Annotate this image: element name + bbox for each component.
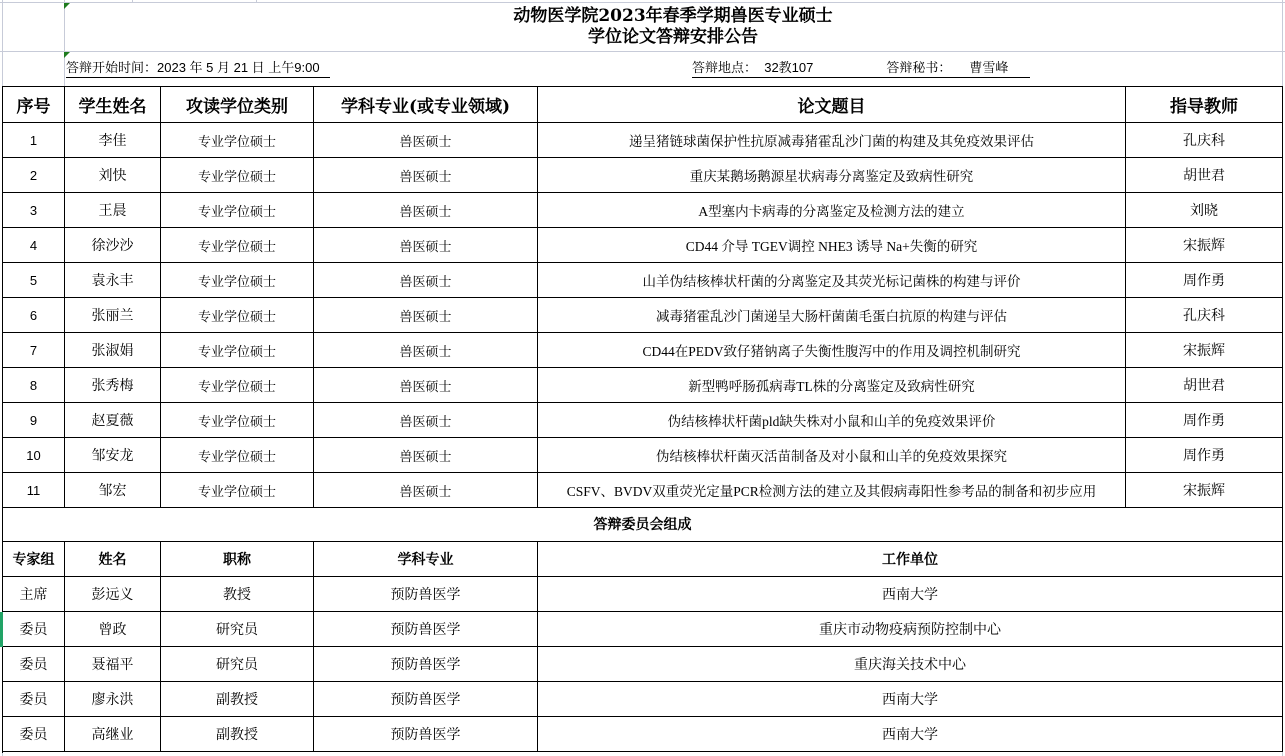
start-time-text: 答辩开始时间：2023 年 5 月 21 日 上午9:00: [66, 57, 330, 78]
cell-work-unit[interactable]: 西南大学: [538, 717, 1283, 752]
cell-degree-type[interactable]: 专业学位硕士: [161, 123, 314, 158]
cell-role[interactable]: 委员: [3, 612, 65, 647]
cell-degree-type[interactable]: 专业学位硕士: [161, 473, 314, 508]
cell-no[interactable]: 11: [3, 473, 65, 508]
cell-member-major[interactable]: 预防兽医学: [314, 612, 538, 647]
cell-no[interactable]: 4: [3, 228, 65, 263]
cell-member-name[interactable]: 彭远义: [65, 577, 161, 612]
cell-student-name[interactable]: 王晨: [65, 193, 161, 228]
student-table: 序号 学生姓名 攻读学位类别 学科专业(或专业领域) 论文题目 指导教师 1李佳…: [2, 86, 1283, 508]
cell-work-unit[interactable]: 西南大学: [538, 682, 1283, 717]
cell-student-name[interactable]: 袁永丰: [65, 263, 161, 298]
cell-member-name[interactable]: 高继业: [65, 717, 161, 752]
cell-role[interactable]: 委员: [3, 647, 65, 682]
cell-thesis-topic[interactable]: 减毒猪霍乱沙门菌递呈大肠杆菌菌毛蛋白抗原的构建与评估: [538, 298, 1126, 333]
cell-rank[interactable]: 教授: [161, 577, 314, 612]
cell-rank[interactable]: 副教授: [161, 717, 314, 752]
cell-member-name[interactable]: 聂福平: [65, 647, 161, 682]
cell-thesis-topic[interactable]: CSFV、BVDV双重荧光定量PCR检测方法的建立及其假病毒阳性参考品的制备和初…: [538, 473, 1126, 508]
header-thesis-topic[interactable]: 论文题目: [538, 87, 1126, 123]
cell-major[interactable]: 兽医硕士: [314, 123, 538, 158]
committee-header-rank[interactable]: 职称: [161, 542, 314, 577]
header-degree-type[interactable]: 攻读学位类别: [161, 87, 314, 123]
cell-thesis-topic[interactable]: 伪结核棒状杆菌pld缺失株对小鼠和山羊的免疫效果评价: [538, 403, 1126, 438]
cell-major[interactable]: 兽医硕士: [314, 263, 538, 298]
cell-student-name[interactable]: 赵夏薇: [65, 403, 161, 438]
cell-thesis-topic[interactable]: 重庆某鹅场鹅源星状病毒分离鉴定及致病性研究: [538, 158, 1126, 193]
cell-degree-type[interactable]: 专业学位硕士: [161, 263, 314, 298]
committee-table: 答辩委员会组成 专家组 姓名 职称 学科专业 工作单位 主席彭远义教授预防兽医学…: [2, 507, 1283, 753]
cell-thesis-topic[interactable]: CD44 介导 TGEV调控 NHE3 诱导 Na+失衡的研究: [538, 228, 1126, 263]
cell-major[interactable]: 兽医硕士: [314, 228, 538, 263]
cell-no[interactable]: 8: [3, 368, 65, 403]
cell-no[interactable]: 6: [3, 298, 65, 333]
cell-advisor[interactable]: 周作勇: [1126, 263, 1283, 298]
cell-no[interactable]: 1: [3, 123, 65, 158]
committee-header-unit[interactable]: 工作单位: [538, 542, 1283, 577]
cell-major[interactable]: 兽医硕士: [314, 473, 538, 508]
header-advisor[interactable]: 指导教师: [1126, 87, 1283, 123]
cell-no[interactable]: 5: [3, 263, 65, 298]
cell-major[interactable]: 兽医硕士: [314, 403, 538, 438]
cell-no[interactable]: 10: [3, 438, 65, 473]
cell-no[interactable]: 9: [3, 403, 65, 438]
cell-no[interactable]: 2: [3, 158, 65, 193]
cell-advisor[interactable]: 刘晓: [1126, 193, 1283, 228]
cell-work-unit[interactable]: 重庆海关技术中心: [538, 647, 1283, 682]
cell-degree-type[interactable]: 专业学位硕士: [161, 403, 314, 438]
cell-role[interactable]: 委员: [3, 682, 65, 717]
cell-advisor[interactable]: 胡世君: [1126, 368, 1283, 403]
cell-major[interactable]: 兽医硕士: [314, 193, 538, 228]
cell-work-unit[interactable]: 西南大学: [538, 577, 1283, 612]
row-selection-indicator: [0, 612, 3, 647]
cell-student-name[interactable]: 邹宏: [65, 473, 161, 508]
cell-advisor[interactable]: 孔庆科: [1126, 123, 1283, 158]
cell-degree-type[interactable]: 专业学位硕士: [161, 298, 314, 333]
cell-no[interactable]: 7: [3, 333, 65, 368]
cell-thesis-topic[interactable]: A型塞内卡病毒的分离鉴定及检测方法的建立: [538, 193, 1126, 228]
cell-advisor[interactable]: 宋振辉: [1126, 228, 1283, 263]
cell-member-major[interactable]: 预防兽医学: [314, 577, 538, 612]
title-line-2: 学位论文答辩安排公告: [588, 27, 758, 48]
cell-thesis-topic[interactable]: 新型鸭呼肠孤病毒TL株的分离鉴定及致病性研究: [538, 368, 1126, 403]
cell-advisor[interactable]: 周作勇: [1126, 403, 1283, 438]
cell-advisor[interactable]: 宋振辉: [1126, 473, 1283, 508]
secretary-text: 答辩秘书： 曹雪峰: [886, 57, 1030, 78]
cell-degree-type[interactable]: 专业学位硕士: [161, 333, 314, 368]
cell-thesis-topic[interactable]: CD44在PEDV致仔猪钠离子失衡性腹泻中的作用及调控机制研究: [538, 333, 1126, 368]
cell-member-major[interactable]: 预防兽医学: [314, 647, 538, 682]
cell-thesis-topic[interactable]: 伪结核棒状杆菌灭活苗制备及对小鼠和山羊的免疫效果探究: [538, 438, 1126, 473]
cell-advisor[interactable]: 周作勇: [1126, 438, 1283, 473]
cell-student-name[interactable]: 刘快: [65, 158, 161, 193]
committee-header-major[interactable]: 学科专业: [314, 542, 538, 577]
cell-degree-type[interactable]: 专业学位硕士: [161, 158, 314, 193]
cell-student-name[interactable]: 徐沙沙: [65, 228, 161, 263]
cell-rank[interactable]: 副教授: [161, 682, 314, 717]
cell-role[interactable]: 主席: [3, 577, 65, 612]
page-title[interactable]: 动物医学院2023年春季学期兽医专业硕士 学位论文答辩安排公告: [64, 2, 1282, 51]
title-line-1: 动物医学院2023年春季学期兽医专业硕士: [513, 6, 832, 27]
location-text: 答辩地点： 32教107: [692, 57, 886, 78]
cell-advisor[interactable]: 宋振辉: [1126, 333, 1283, 368]
cell-student-name[interactable]: 邹安龙: [65, 438, 161, 473]
cell-major[interactable]: 兽医硕士: [314, 368, 538, 403]
cell-major[interactable]: 兽医硕士: [314, 333, 538, 368]
cell-member-name[interactable]: 廖永洪: [65, 682, 161, 717]
cell-degree-type[interactable]: 专业学位硕士: [161, 193, 314, 228]
cell-advisor[interactable]: 胡世君: [1126, 158, 1283, 193]
committee-title[interactable]: 答辩委员会组成: [3, 507, 1283, 542]
cell-degree-type[interactable]: 专业学位硕士: [161, 438, 314, 473]
cell-member-major[interactable]: 预防兽医学: [314, 717, 538, 752]
cell-student-name[interactable]: 张秀梅: [65, 368, 161, 403]
cell-student-name[interactable]: 张淑娟: [65, 333, 161, 368]
cell-thesis-topic[interactable]: 递呈猪链球菌保护性抗原减毒猪霍乱沙门菌的构建及其免疫效果评估: [538, 123, 1126, 158]
committee-header-role[interactable]: 专家组: [3, 542, 65, 577]
cell-degree-type[interactable]: 专业学位硕士: [161, 368, 314, 403]
cell-advisor[interactable]: 孔庆科: [1126, 298, 1283, 333]
cell-role[interactable]: 委员: [3, 717, 65, 752]
cell-member-major[interactable]: 预防兽医学: [314, 682, 538, 717]
cell-student-name[interactable]: 张丽兰: [65, 298, 161, 333]
start-time-cell[interactable]: 答辩开始时间：2023 年 5 月 21 日 上午9:00: [66, 51, 330, 86]
cell-degree-type[interactable]: 专业学位硕士: [161, 228, 314, 263]
header-student-name[interactable]: 学生姓名: [65, 87, 161, 123]
cell-major[interactable]: 兽医硕士: [314, 298, 538, 333]
cell-member-name[interactable]: 曾政: [65, 612, 161, 647]
cell-thesis-topic[interactable]: 山羊伪结核棒状杆菌的分离鉴定及其荧光标记菌株的构建与评价: [538, 263, 1126, 298]
cell-rank[interactable]: 研究员: [161, 647, 314, 682]
header-major[interactable]: 学科专业(或专业领域): [314, 87, 538, 123]
header-no[interactable]: 序号: [3, 87, 65, 123]
cell-major[interactable]: 兽医硕士: [314, 438, 538, 473]
cell-major[interactable]: 兽医硕士: [314, 158, 538, 193]
cell-rank[interactable]: 研究员: [161, 612, 314, 647]
cell-work-unit[interactable]: 重庆市动物疫病预防控制中心: [538, 612, 1283, 647]
location-cell[interactable]: 答辩地点： 32教107答辩秘书： 曹雪峰: [692, 51, 1030, 86]
cell-no[interactable]: 3: [3, 193, 65, 228]
committee-header-name[interactable]: 姓名: [65, 542, 161, 577]
cell-student-name[interactable]: 李佳: [65, 123, 161, 158]
